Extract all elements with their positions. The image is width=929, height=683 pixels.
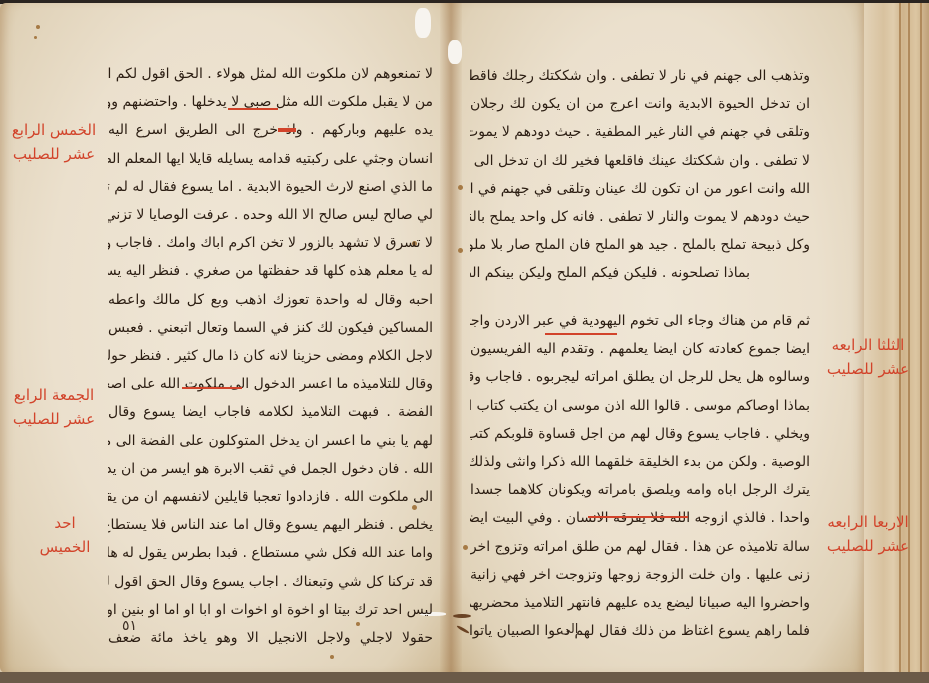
page-edge-line — [920, 3, 922, 673]
text-line: المساكين فيكون لك كنز في السما وتعال اتب… — [108, 314, 433, 342]
text-line: الفضة . فبهت التلاميذ لكلامه فاجاب ايضا … — [108, 398, 433, 426]
text-line: وقال للتلاميذه ما اعسر الدخول الى ملكوت … — [108, 370, 433, 398]
text-line: انسان وجثي على ركبتيه قدامه يسايله قايلا… — [108, 145, 433, 173]
text-line: وسالوه هل يحل للرجل ان يطلق امراته ليجرب… — [470, 363, 810, 391]
rubric-line: عشر للصليب — [4, 407, 104, 431]
text-line: زنى عليها . وان خلت الزوجة زوجها وتزوجت … — [470, 561, 810, 589]
text-line: الله وانت اعور من ان تكون لك عينان وتلقى… — [470, 175, 810, 203]
rubric-line: احد الخميس — [30, 511, 100, 559]
text-line: احبه وقال له واحدة تعوزك اذهب وبع كل مال… — [108, 286, 433, 314]
manuscript-spread: لا تمنعوهم لان ملكوت الله لمثل هولاء . ا… — [0, 0, 929, 683]
rubric-line: الثلثا الرابعه — [818, 333, 918, 357]
foxing-spot — [330, 655, 334, 659]
text-line: يده عليهم وباركهم . واذ خرج الى الطريق ا… — [108, 116, 433, 144]
paper-damage — [448, 40, 462, 64]
rubric-left-3: احد الخميس — [30, 511, 100, 559]
red-underline — [182, 387, 242, 389]
text-line: ثم قام من هناك وجاء الى تخوم اليهودية في… — [470, 307, 810, 335]
text-line: فلما راهم يسوع اغتاظ من ذلك فقال لهم دعو… — [470, 617, 810, 645]
rubric-right-2: الاربعا الرابعه عشر للصليب — [818, 510, 918, 558]
text-line: واما عند الله فكل شي مستطاع . فبدا بطرس … — [108, 539, 433, 567]
rubric-line: الجمعة الرابع — [4, 383, 104, 407]
text-line: سالة تلاميذه عن هذا . فقال لهم من طلق ام… — [470, 533, 810, 561]
foxing-spot — [458, 248, 463, 253]
text-line: واحضروا اليه صبيانا ليضع يده عليهم فانته… — [470, 589, 810, 617]
text-line: حيث دودهم لا يموت والنار لا تطفى . فانه … — [470, 203, 810, 231]
rubric-left-2: الجمعة الرابع عشر للصليب — [4, 383, 104, 431]
text-line: بماذا اوصاكم موسى . قالوا الله اذن موسى … — [470, 392, 810, 420]
text-line: الى ملكوت الله . فازدادوا تعجبا قايلين ل… — [108, 483, 433, 511]
text-line: ليس احد ترك بيتا او اخوة او اخوات او ابا… — [108, 596, 433, 624]
foxing-spot — [34, 36, 37, 39]
text-line: لاجل الكلام ومضى حزينا لانه كان ذا مال ك… — [108, 342, 433, 370]
text-line: لي صالح ليس صالح الا الله وحده . عرفت ال… — [108, 201, 433, 229]
left-page-text: لا تمنعوهم لان ملكوت الله لمثل هولاء . ا… — [108, 60, 433, 652]
rubric-line: عشر للصليب — [818, 357, 918, 381]
catchword: الى — [560, 622, 578, 637]
rubric-line: الخمس الرابع — [4, 118, 104, 142]
paper-damage — [415, 8, 431, 38]
text-line: حقولا لاجلي ولاجل الانجيل الا وهو ياخذ م… — [108, 624, 433, 652]
text-line: ان تدخل الحيوة الابدية وانت اعرج من ان ي… — [470, 90, 810, 118]
text-line: لا تمنعوهم لان ملكوت الله لمثل هولاء . ا… — [108, 60, 433, 88]
text-line: يترك الرجل اباه وامه ويلصق بامراته ويكون… — [470, 476, 810, 504]
text-line: ويخلي . فاجاب يسوع وقال لهم من اجل قساوة… — [470, 420, 810, 448]
text-line: له يا معلم هذه كلها قد حفظتها من صغري . … — [108, 257, 433, 285]
foxing-spot — [36, 25, 40, 29]
right-page-text-section-1: وتذهب الى جهنم في نار لا تطفى . وان شككت… — [470, 62, 810, 288]
background-bottom — [0, 672, 929, 683]
foxing-spot — [458, 185, 463, 190]
text-line: بماذا تصلحونه . فليكن فيكم الملح وليكن ب… — [470, 259, 810, 287]
red-underline — [228, 108, 278, 110]
foxing-spot — [463, 545, 468, 550]
text-line: الوصية . ولكن من بدء الخليقة خلقهما الله… — [470, 448, 810, 476]
text-line: ما الذي اصنع لارث الحيوة الابدية . اما ي… — [108, 173, 433, 201]
red-underline — [545, 333, 617, 335]
rubric-line: الاربعا الرابعه — [818, 510, 918, 534]
rubric-left-1: الخمس الرابع عشر للصليب — [4, 118, 104, 166]
rubric-line: عشر للصليب — [4, 142, 104, 166]
text-line: وتلقى في جهنم في النار غير المطفية . حيث… — [470, 118, 810, 146]
text-line: وتذهب الى جهنم في نار لا تطفى . وان شككت… — [470, 62, 810, 90]
text-line: وكل ذبيحة تملح بالملح . جيد هو الملح فان… — [470, 231, 810, 259]
rubric-right-1: الثلثا الرابعه عشر للصليب — [818, 333, 918, 381]
rubric-line: عشر للصليب — [818, 534, 918, 558]
text-line: يخلص . فنظر اليهم يسوع وقال اما عند النا… — [108, 511, 433, 539]
text-line: من لا يقبل ملكوت الله مثل صبي لا يدخلها … — [108, 88, 433, 116]
text-line: الله . فان دخول الجمل في ثقب الابرة هو ا… — [108, 455, 433, 483]
red-underline — [588, 516, 688, 518]
text-line: واحدا . فالذي ازوجه الله فلا يفرقه الانس… — [470, 504, 810, 532]
text-line: قد تركنا كل شي وتبعناك . اجاب يسوع وقال … — [108, 568, 433, 596]
text-line: لهم يا بني ما اعسر ان يدخل المتوكلون على… — [108, 427, 433, 455]
paper-damage — [453, 614, 471, 618]
text-line: ايضا جموع كعادته كان ايضا يعلمهم . وتقدم… — [470, 335, 810, 363]
text-line: لا تسرق لا تشهد بالزور لا تخن اكرم اباك … — [108, 229, 433, 257]
binding-gutter — [440, 3, 462, 673]
text-line: لا تطفى . وان شككتك عينك فاقلعها فخير لك… — [470, 147, 810, 175]
right-page-text-section-2: ثم قام من هناك وجاء الى تخوم اليهودية في… — [470, 307, 810, 645]
red-mark — [278, 128, 296, 132]
page-number: ٥١ — [122, 618, 137, 634]
